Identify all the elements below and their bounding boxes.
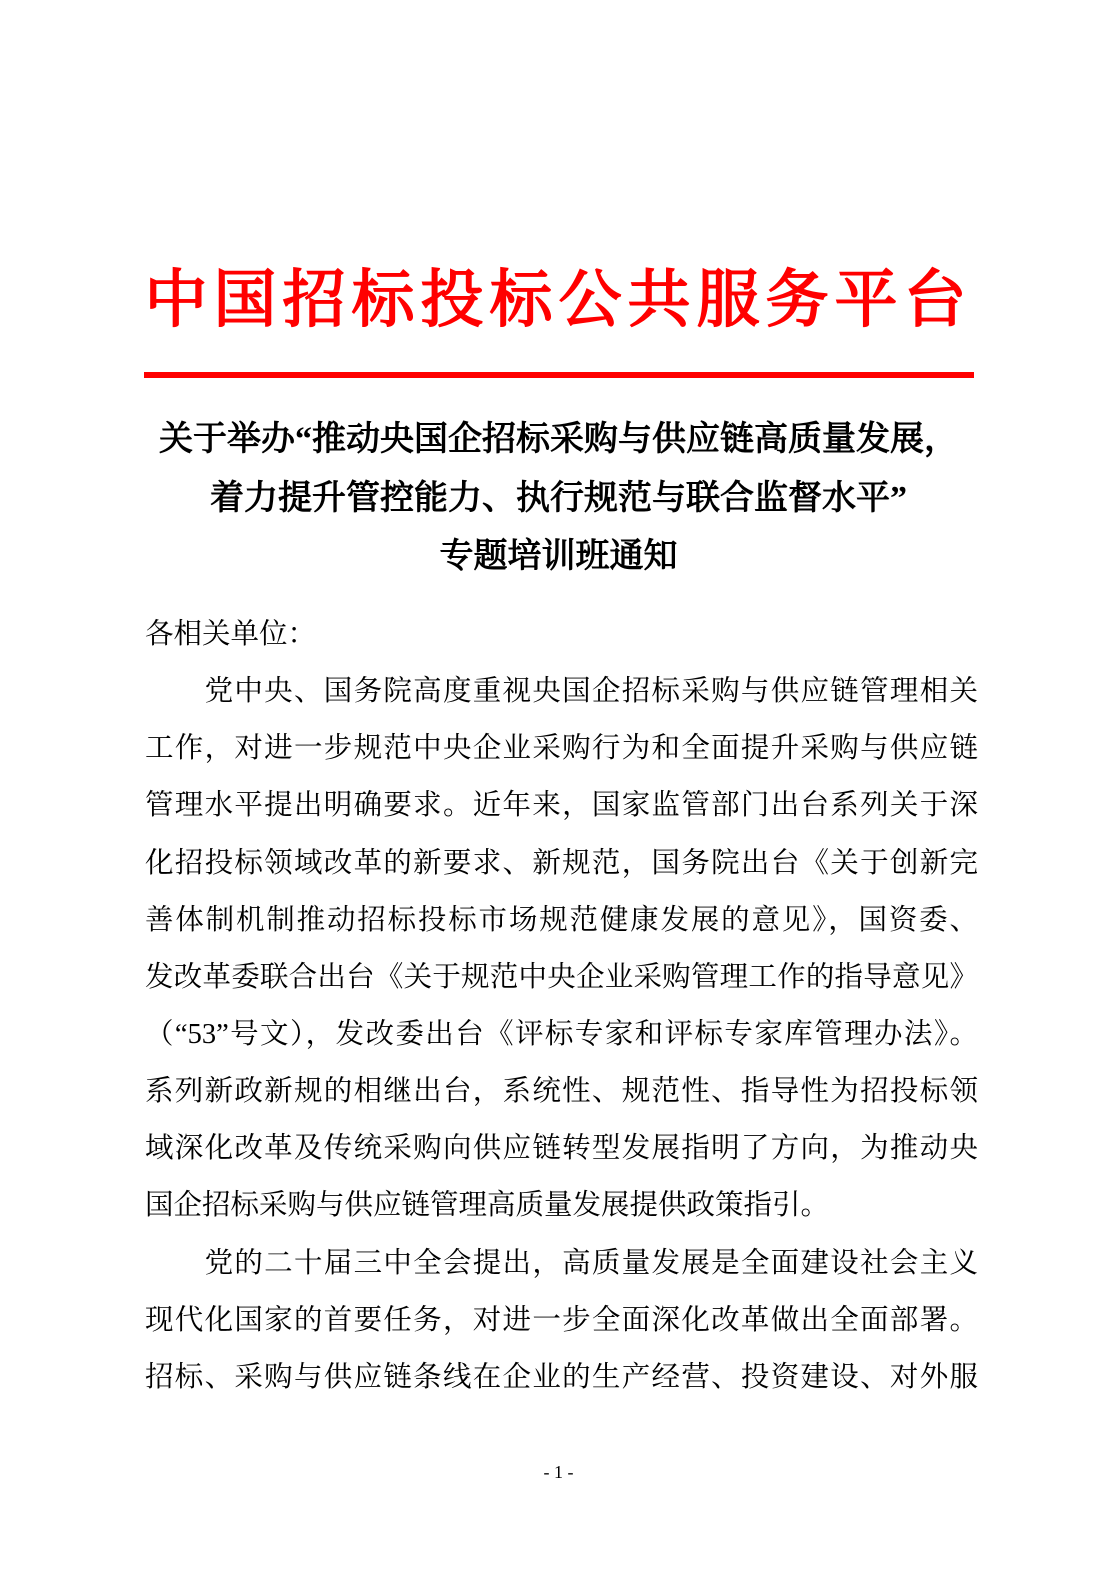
body-line: 现代化国家的首要任务，对进一步全面深化改革做出全面部署。 (145, 1292, 978, 1349)
document-body: 各相关单位： 党中央、国务院高度重视央国企招标采购与供应链管理相关 工作，对进一… (145, 606, 978, 1406)
body-line: 系列新政新规的相继出台，系统性、规范性、指导性为招投标领 (145, 1063, 978, 1120)
body-line: 化招投标领域改革的新要求、新规范，国务院出台《关于创新完 (145, 835, 978, 892)
body-line: 招标、采购与供应链条线在企业的生产经营、投资建设、对外服 (145, 1349, 978, 1406)
body-line: 发改革委联合出台《关于规范中央企业采购管理工作的指导意见》 (145, 949, 978, 1006)
salutation-line: 各相关单位： (145, 606, 978, 663)
body-line: 党的二十届三中全会提出，高质量发展是全面建设社会主义 (145, 1235, 978, 1292)
document-page: 中国招标投标公共服务平台 关于举办“推动央国企招标采购与供应链高质量发展， 着力… (0, 0, 1117, 1579)
title-line-1: 关于举办“推动央国企招标采购与供应链高质量发展， (0, 411, 1117, 470)
body-line: 善体制机制推动招标投标市场规范健康发展的意见》，国资委、 (145, 892, 978, 949)
body-line: 国企招标采购与供应链管理高质量发展提供政策指引。 (145, 1177, 978, 1234)
body-line: 域深化改革及传统采购向供应链转型发展指明了方向，为推动央 (145, 1120, 978, 1177)
header-divider-line (144, 372, 974, 378)
body-line: 管理水平提出明确要求。近年来，国家监管部门出台系列关于深 (145, 777, 978, 834)
body-line: （“53”号文），发改委出台《评标专家和评标专家库管理办法》。 (145, 1006, 978, 1063)
title-line-2: 着力提升管控能力、执行规范与联合监督水平” (0, 470, 1117, 529)
title-line-3: 专题培训班通知 (0, 528, 1117, 587)
body-line: 党中央、国务院高度重视央国企招标采购与供应链管理相关 (145, 663, 978, 720)
document-title: 关于举办“推动央国企招标采购与供应链高质量发展， 着力提升管控能力、执行规范与联… (0, 411, 1117, 587)
page-number: - 1 - (0, 1460, 1117, 1484)
platform-header-title: 中国招标投标公共服务平台 (0, 254, 1117, 346)
body-line: 工作，对进一步规范中央企业采购行为和全面提升采购与供应链 (145, 720, 978, 777)
